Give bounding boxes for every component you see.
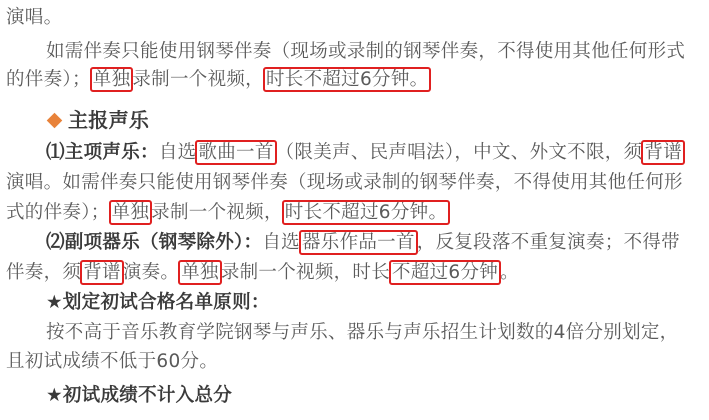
item2-line1: ⑵副项器乐（钢琴除外）：自选器乐作品一首，反复段落不重复演奏；不得带 bbox=[46, 229, 680, 257]
text: 自选 bbox=[159, 142, 197, 163]
text: 录制一个视频，时长 bbox=[221, 262, 390, 283]
text-line: 的伴奏）；单独录制一个视频，时长不超过6分钟。 bbox=[6, 66, 430, 94]
heading-text: 主报声乐 bbox=[68, 108, 149, 132]
text: 。 bbox=[500, 262, 519, 283]
text: 录制一个视频， bbox=[132, 69, 264, 90]
text-line: 演唱。 bbox=[6, 4, 62, 32]
item1-line1: ⑴主项声乐：自选歌曲一首（限美声、民声唱法），中文、外文不限，须背谱 bbox=[46, 139, 684, 167]
text: ，反复段落不重复演奏；不得带 bbox=[417, 232, 680, 253]
text: （限美声、民声唱法），中文、外文不限，须 bbox=[276, 142, 643, 163]
item2-line2: 伴奏，须背谱演奏。单独录制一个视频，时长不超过6分钟。 bbox=[6, 259, 519, 287]
text: 演奏。 bbox=[123, 262, 179, 283]
text: 录制一个视频， bbox=[151, 202, 283, 223]
highlight-box: 单独 bbox=[178, 260, 222, 285]
principle-heading: ★划定初试合格名单原则： bbox=[46, 289, 270, 317]
item-label: ⑵副项器乐（钢琴除外）： bbox=[46, 232, 262, 253]
text: 的伴奏）； bbox=[6, 69, 91, 90]
text: 演唱。 bbox=[6, 7, 62, 28]
heading-text: ★初试成绩不计入总分 bbox=[46, 385, 232, 406]
text: 按不高于音乐教育学院钢琴与声乐、器乐与声乐招生计划数的4倍分别划定， bbox=[46, 322, 678, 343]
section-heading: 主报声乐 bbox=[46, 106, 149, 134]
highlight-box: 单独 bbox=[109, 200, 153, 225]
text: 且初试成绩不低于60分。 bbox=[6, 351, 218, 372]
highlight-box: 歌曲一首 bbox=[195, 140, 276, 165]
item-label: ⑴主项声乐： bbox=[46, 142, 159, 163]
note-heading: ★初试成绩不计入总分 bbox=[46, 382, 232, 410]
highlight-box: 器乐作品一首 bbox=[299, 230, 418, 255]
principle-line1: 按不高于音乐教育学院钢琴与声乐、器乐与声乐招生计划数的4倍分别划定， bbox=[46, 319, 678, 347]
text: 式的伴奏）； bbox=[6, 202, 110, 223]
highlight-box: 背谱 bbox=[80, 260, 124, 285]
text: 自选 bbox=[262, 232, 300, 253]
text: 伴奏，须 bbox=[6, 262, 81, 283]
item1-line2: 演唱。如需伴奏只能使用钢琴伴奏（现场或录制的钢琴伴奏，不得使用其他任何形 bbox=[6, 169, 683, 197]
highlight-box: 单独 bbox=[90, 67, 134, 92]
text: 演唱。如需伴奏只能使用钢琴伴奏（现场或录制的钢琴伴奏，不得使用其他任何形 bbox=[6, 172, 683, 193]
principle-line2: 且初试成绩不低于60分。 bbox=[6, 348, 218, 376]
highlight-box: 不超过6分钟 bbox=[389, 260, 501, 285]
highlight-box: 时长不超过6分钟。 bbox=[263, 67, 431, 92]
text: 如需伴奏只能使用钢琴伴奏（现场或录制的钢琴伴奏，不得使用其他任何形式 bbox=[46, 41, 685, 62]
highlight-box: 时长不超过6分钟。 bbox=[282, 200, 450, 225]
highlight-box: 背谱 bbox=[641, 140, 685, 165]
heading-text: ★划定初试合格名单原则： bbox=[46, 292, 270, 313]
item1-line3: 式的伴奏）；单独录制一个视频，时长不超过6分钟。 bbox=[6, 199, 449, 227]
text-line: 如需伴奏只能使用钢琴伴奏（现场或录制的钢琴伴奏，不得使用其他任何形式 bbox=[46, 38, 685, 66]
diamond-bullet-icon bbox=[47, 113, 63, 129]
